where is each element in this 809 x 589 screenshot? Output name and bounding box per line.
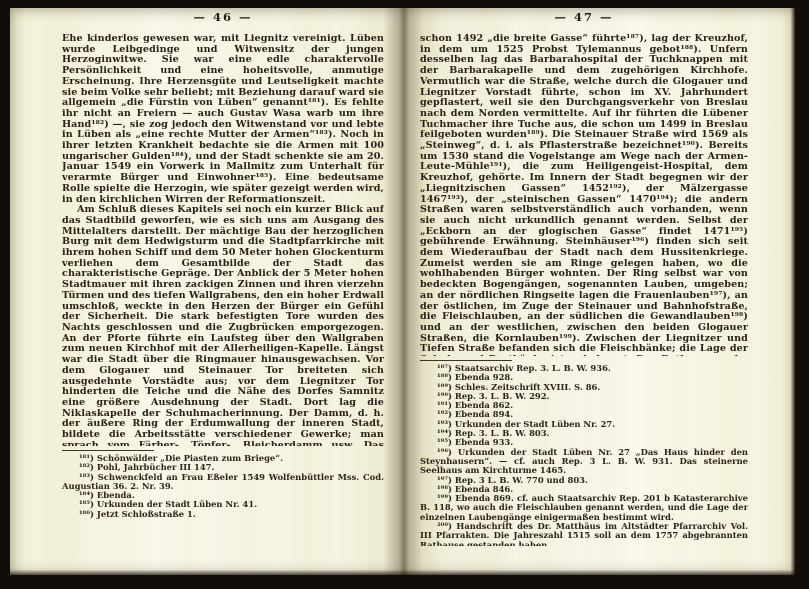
footnote-line: ¹⁸⁶) Jetzt Schloßstraße 1.: [62, 510, 384, 519]
body-paragraph: Am Schluß dieses Kapitels sei noch ein k…: [62, 205, 384, 446]
footnote-line: ¹⁹⁹) Ebenda 869. cf. auch Staatsarchiv R…: [420, 494, 748, 522]
page-edge-right: [791, 8, 795, 575]
page-47: — 47 — schon 1492 „die breite Gasse“ füh…: [420, 10, 748, 546]
body-paragraph: Ehe kinderlos gewesen war, mit Liegnitz …: [62, 34, 384, 205]
book-scan: — 46 — Ehe kinderlos gewesen war, mit Li…: [0, 0, 809, 589]
footnote-rule: [62, 450, 154, 451]
page-47-body: schon 1492 „die breite Gasse“ führte¹⁸⁷)…: [420, 34, 748, 356]
book-gutter-shadow: [383, 8, 423, 575]
page-46-body: Ehe kinderlos gewesen war, mit Liegnitz …: [62, 34, 384, 446]
footnote-line: ¹⁸³) Schwenckfeld an Frau Eßeler 1549 Wo…: [62, 473, 384, 492]
page-47-footnotes: ¹⁸⁷) Staatsarchiv Rep. 3. L. B. W. 936.¹…: [420, 364, 748, 546]
body-paragraph: schon 1492 „die breite Gasse“ führte¹⁸⁷)…: [420, 34, 748, 356]
page-46: — 46 — Ehe kinderlos gewesen war, mit Li…: [62, 10, 384, 546]
page-number-46: — 46 —: [62, 10, 384, 24]
footnote-line: ²⁰⁰) Handschrift des Dr. Matthäus im Alt…: [420, 522, 748, 546]
page-number-47: — 47 —: [420, 10, 748, 24]
footnote-rule: [420, 360, 512, 361]
page-46-footnotes: ¹⁸¹) Schönwälder „Die Piasten zum Briege…: [62, 454, 384, 546]
footnote-line: ¹⁹⁶) Urkunden der Stadt Lüben Nr. 27 „Da…: [420, 448, 748, 476]
page-edge-bottom: [10, 570, 795, 575]
